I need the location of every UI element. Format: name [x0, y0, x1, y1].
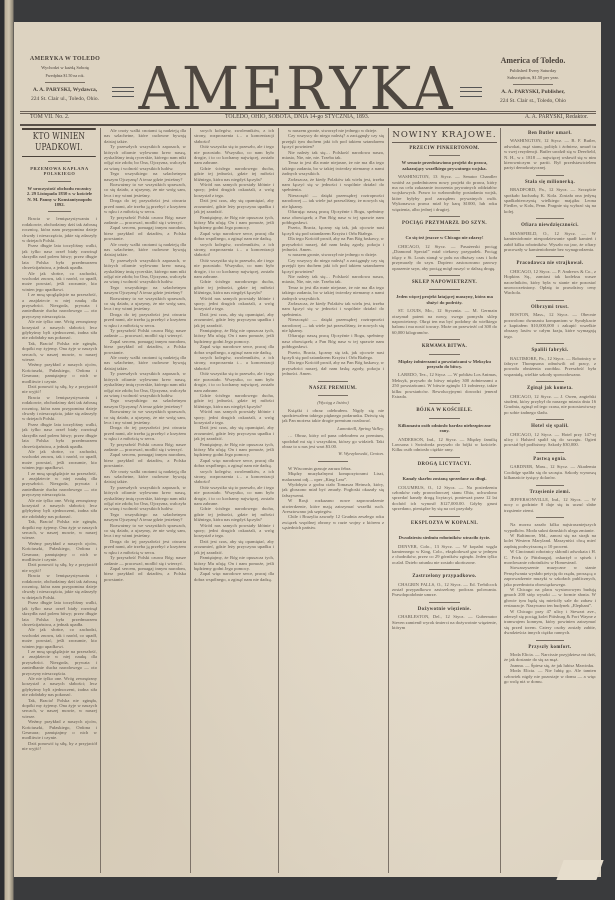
title-ornament-left [112, 87, 134, 97]
main-article-body: Bracia w lemięszystywaniu i rodakowie, o… [22, 216, 97, 751]
paragraph: Wśród nas samych powstały kłótnie i spor… [194, 182, 274, 198]
news-item-title: SKLEP NAPOWIETRZNY. [392, 280, 497, 285]
divider [536, 452, 564, 453]
paragraph: Wśród nas samych powstały kłótnie i spor… [194, 523, 274, 539]
paragraph: Przeto, Bracia, łączmy się tak, jak ojco… [282, 350, 384, 361]
divider [429, 457, 461, 458]
news-item-deck: Kanały skarbu zostaną sprzedane za długi… [396, 476, 493, 481]
divider [536, 640, 564, 641]
news-item-body: COLUMBUS, O., 12 Stycz. — Na posiedzeniu… [392, 485, 497, 512]
paragraph: Zapal więc narodowe serce, pracuj dla do… [194, 231, 274, 242]
paragraph: Ty przyszłość Polski czuwa Bóg; nasze za… [104, 215, 186, 226]
paragraph: Bracia w lemięszystywaniu i rodakowie, o… [22, 573, 97, 600]
column-divider [190, 128, 191, 873]
paragraph: swych kolegów, zwolenników, z ich strony… [194, 242, 274, 258]
paragraph: Przez długie lata toczyliśmy walki, jak … [22, 243, 97, 270]
main-article-body-continued: swych kolegów, zwolenników, z ich strony… [194, 128, 274, 582]
news-item-body: CHICAGO, 12 Stycz. — J. Owen, angielski … [504, 394, 596, 416]
main-article-headline: KTO WINIEN UPADKOWI. [22, 128, 96, 157]
paragraph: Dziś ponowić tę siłę, by z przyjaciół ni… [22, 741, 97, 752]
masthead-right-address: 224 St. Clair st., Toledo, Ohio [483, 98, 583, 104]
premium-letters: Książki i obraz odebrałem. Nigdy się nie… [282, 408, 384, 457]
news-item-title: Hotel się spalił. [504, 424, 596, 429]
paragraph: Ty przeszłych wszystkich zapasach, w któ… [104, 144, 186, 171]
paragraph: Gdzie ścisłego narodowego ducha, gdzie t… [194, 506, 274, 522]
news-item-title: Ben Butler umarł. [504, 131, 596, 136]
news-item-title: KRWAWA BITWA. [392, 344, 497, 349]
paragraph: Zapal sercem, pomagaj innym narodom, bie… [104, 339, 186, 355]
brief-item: Na morzu zaszło kilka najstraszniejszych… [504, 522, 596, 533]
masthead-left-box: AMERYKA W TOLEDO Wychodzi w każdą Sobotę… [20, 56, 110, 102]
news-item-title: Stała się milionerką. [504, 180, 596, 185]
paragraph: Ale jak słońce, co zachodzi, wschodzi zn… [22, 271, 97, 293]
paragraph: Tak, Bracia! Polska nie zginęła, dopóki … [22, 698, 97, 720]
divider [429, 275, 461, 276]
paragraph: Dla tego Kościół prosił, aby na Pan Bóg … [282, 236, 384, 252]
paragraph: Ty przyszłość Polski czuwa Bóg; nasze za… [104, 442, 186, 453]
humor-line: Moda Elicia. — Narcissie przyjdziesz mi … [504, 652, 596, 663]
divider [48, 181, 71, 182]
news-item-body: BALTIMORE, Pa., 12 Stycz. — Robotnicy w … [504, 356, 596, 378]
column-divider [100, 128, 101, 873]
paragraph: Ale jak słońce, co zachodzi, wschodzi zn… [22, 449, 97, 471]
brief-item: Stowarzyszenie muzyczne w stanie Pensylw… [504, 565, 596, 587]
brief-item: W Baltimore, Md., zanosi się na strajk n… [504, 533, 596, 549]
paragraph: Gdzie ścisłego narodowego ducha, gdzie t… [194, 166, 274, 182]
news-item-deck: Między żołnierzami a powstańcami w Meksy… [396, 359, 493, 370]
paragraph: Rozważmy to we wszystkich sprawach, co s… [104, 182, 186, 198]
section-headline-national-news: NOWINY KRAJOWE. [392, 128, 497, 143]
main-article-deck: W uroczystość obchodu rocznicy 2. 29 Lis… [26, 186, 93, 208]
paragraph: Ale cnoty walki cnotami tą nadzieją dla … [104, 242, 186, 258]
paragraph: Przez długie lata toczyliśmy walki, jak … [22, 422, 97, 449]
masthead-right-price: Subscription, $1.50 per year. [483, 75, 583, 80]
divider [429, 216, 461, 217]
paragraph: Tego wszystkiego na szlachetnym naszym O… [104, 512, 186, 523]
column-4: w naszem gronie, stworzył nie jednego w … [282, 128, 384, 873]
news-item-body: JEFFERSONVILLE, Ind., 12 Stycz. — W nocy… [504, 497, 596, 513]
premium-byline: (Wyciąg z listów) [282, 400, 384, 405]
paragraph: Czy wszyscy do niego należą? a zaciągnęł… [282, 133, 384, 149]
paragraph: Nie należy tak się… Polskość narodowa na… [282, 150, 384, 161]
news-item-deck: Kilkunastu osób odniosło bardzo niebezpi… [396, 423, 493, 434]
editor-credit: A. A. PARYSKI, Redaktor. [525, 114, 588, 120]
letter-signature: W. Wyrzykowski, Groton. [282, 451, 384, 456]
paragraph: Nie należy tak się… Polskość narodowa na… [282, 274, 384, 285]
news-item-title: Dożywotnie więzienie. [392, 607, 497, 612]
paragraph: Ty przeszłych wszystkich zapasach, w któ… [104, 258, 186, 285]
news-item-title: Pracodawca nie strajkował. [504, 261, 596, 266]
paragraph: I ze mną spoglądajcie na przeszłość, a z… [22, 471, 97, 498]
masthead-right-schedule: Published Every Saturday [483, 68, 583, 73]
news-item-body: CHICAGO, 12 Stycz. — P. Andrews & Co., z… [504, 269, 596, 296]
paragraph: Weźmy przykład z naszych ojców, Kościusz… [22, 541, 97, 563]
divider [429, 230, 461, 231]
paragraph: Teraz to jest dla mnie niejasne, że nie … [282, 160, 384, 176]
paragraph: Dziś jest czas, aby się opamiętać, aby z… [194, 312, 274, 328]
letter-paragraph: Książki i obraz odebrałem. Nigdy się nie… [282, 408, 384, 424]
column-divider [278, 128, 279, 873]
dateline-rule [20, 124, 596, 126]
paragraph: Wydobyto z grobu ciało Tomasza Heinsch, … [282, 482, 384, 498]
news-item-body: DENVER, Colo., 13 Stycz. — W kopalni węg… [392, 544, 497, 566]
divider [45, 82, 85, 83]
divider [429, 155, 461, 156]
letter-signature: Lamotteill, Spring Valley. [282, 426, 384, 431]
paragraph: Droga do tej przyszłości jest otwarta pr… [104, 198, 186, 214]
paragraph: Przez długie lata toczyliśmy walki, jak … [22, 600, 97, 627]
news-item-deck: Co się też jeszcze w Chicago nie zdarzy! [396, 235, 493, 240]
main-article-conclusion: w naszem gronie, stworzył nie jednego w … [282, 128, 384, 377]
paragraph: Droga do tej przyszłości jest otwarta pr… [104, 539, 186, 555]
divider [536, 517, 564, 518]
paragraph: Pamiętajmy, że Bóg nie opuszcza tych, kt… [194, 328, 274, 344]
divider [48, 211, 71, 212]
news-item-body: WASHINGTON, 13 Stycz. — Senator Chandler… [392, 174, 497, 212]
paragraph: Dla tego Kościół prosił, aby na Pan Bóg … [282, 360, 384, 376]
news-item-title: POCIĄG PRZYMARZŁ DO SZYN. [392, 221, 497, 226]
news-item-title: Zastrzelony przypadkowo. [392, 574, 497, 579]
paragraph: Nieszczęść — dzięki przemądrej roztropno… [282, 193, 384, 209]
masthead-left-address: 224 St. Clair ul., Toledo, Ohio. [20, 96, 110, 102]
divider [429, 403, 461, 404]
paragraph: Weźmy przykład z naszych ojców, Kościusz… [22, 362, 97, 384]
divider [536, 175, 564, 176]
divider [429, 471, 461, 472]
divider [536, 256, 564, 257]
news-item-body: MANSFIELD, O., 12 Stycz. — W kamieniołom… [504, 231, 596, 253]
paragraph: Teraz to jest dla mnie niejasne, że nie … [282, 285, 384, 301]
divider [536, 218, 564, 219]
paragraph: Droga do tej przyszłości jest otwarta pr… [104, 312, 186, 328]
brief-item: W Cincinnati robotnicy skłonili adwokata… [504, 549, 596, 565]
divider [513, 84, 553, 85]
news-item-title: Ofiara niewdzięczności. [504, 223, 596, 228]
paragraph: Ale cnoty walki cnotami tą nadzieją dla … [104, 355, 186, 371]
news-item-body: WASHINGTON, 12 Stycz. — B. F. Butler, ad… [504, 138, 596, 170]
issue-date: TOLEDO, OHIO, SOBOTA, DNIA 14-go STYCZNI… [225, 114, 369, 120]
paragraph: Ty przeszłych wszystkich zapasach, w któ… [104, 371, 186, 398]
paragraph: Ale cnoty walki cnotami tą nadzieją dla … [104, 469, 186, 485]
paragraph: Chile i Brazylia zawarły 12 Grudnia zesz… [282, 514, 384, 530]
paragraph: Dziś jest czas, aby się opamiętać, aby z… [194, 425, 274, 441]
paragraph: W Rosji rozkazano nowe zaprowadzenie utw… [282, 498, 384, 514]
paragraph: w naszem gronie, stworzył nie jednego w … [282, 252, 384, 257]
divider [429, 516, 461, 517]
paragraph: Tego wszystkiego na szlachetnym naszym O… [104, 398, 186, 409]
humor-title: Przyszły komfort. [504, 645, 596, 650]
paragraph: Otóż wszystko się to przeszło, ale i teg… [194, 485, 274, 507]
paragraph: Zapal więc narodowe serce, pracuj dla do… [194, 458, 274, 469]
paragraph: Bracia w lemięszystywaniu i rodakowie, o… [22, 395, 97, 422]
divider [429, 354, 461, 355]
paragraph: Ty przeszłych wszystkich zapasach, w któ… [104, 485, 186, 512]
news-item-body: CHICAGO, 12 Stycz. — Hotel przy 147-ej u… [504, 432, 596, 448]
volume-number: TOM VII. No. 2. [30, 114, 69, 120]
paragraph: Między muzykalnymi kompozytorami Liszt, … [282, 471, 384, 482]
column-divider [388, 128, 389, 873]
news-item-title: Zginął jak kometa. [504, 386, 596, 391]
paragraph: Zapal sercem, pomagaj innym narodom, bie… [104, 225, 186, 241]
column-2: Ale cnoty walki cnotami tą nadzieją dla … [104, 128, 186, 873]
paragraph: Dziś jest czas, aby się opamiętać, aby z… [194, 539, 274, 555]
masthead-right-box: America of Toledo. Published Every Satur… [483, 56, 583, 104]
paragraph: Weźmy przykład z naszych ojców, Kościusz… [22, 719, 97, 741]
paragraph: Ty przyszłość Polski czuwa Bóg; nasze za… [104, 555, 186, 566]
paragraph: Gdzie ścisłego narodowego ducha, gdzie t… [194, 393, 274, 409]
main-article-subheadline: PRZEMOWA KAPŁANA POLSKIEGO [22, 166, 97, 177]
news-item-deck: W senacie przedstawiono projekt do prawa… [396, 160, 493, 171]
paragraph: Rozważmy to we wszystkich sprawach, co s… [104, 296, 186, 312]
divider [536, 343, 564, 344]
paragraph: Tak, Bracia! Polska nie zginęła, dopóki … [22, 341, 97, 363]
paragraph: Wśród nas samych powstały kłótnie i spor… [194, 296, 274, 312]
paragraph: Dziś ponowić tę siłę, by z przyjaciół ni… [22, 384, 97, 395]
paragraph: Wśród nas samych powstały kłótnie i spor… [194, 409, 274, 425]
paragraph: Dziś jest czas, aby się opamiętać, aby z… [194, 198, 274, 214]
paragraph: Zwłaszcza, że kiedy Polaków tak wielu je… [282, 177, 384, 193]
divider [536, 300, 564, 301]
paragraph: Zapal więc narodowe serce, pracuj dla do… [194, 571, 274, 582]
paragraph: Pamiętajmy, że Bóg nie opuszcza tych, kt… [194, 215, 274, 231]
main-article-body-continued: Ale cnoty walki cnotami tą nadzieją dla … [104, 128, 186, 582]
paragraph: Ale nie tylko one. Wróg zewnętrzny korzy… [22, 498, 97, 520]
news-item-title: DROGĄ LICYTACYI. [392, 462, 497, 467]
paragraph: Tego wszystkiego na szlachetnym naszym O… [104, 285, 186, 296]
paragraph: Rozważmy to we wszystkich sprawach, co s… [104, 409, 186, 425]
news-item-title: PRZECIW PINKERTONOM. [392, 146, 497, 151]
news-item-body: ST. LOUIS, Mo., 12 Stycznia. — M. Germai… [392, 308, 497, 335]
paragraph: Zapal więc narodowe serce, pracuj dla do… [194, 344, 274, 355]
paragraph: swych kolegów, zwolenników, z ich strony… [194, 355, 274, 371]
divider [429, 289, 461, 290]
paragraph: Pamiętajmy, że Bóg nie opuszcza tych, kt… [194, 442, 274, 458]
column-1: KTO WINIEN UPADKOWI. PRZEMOWA KAPŁANA PO… [22, 128, 97, 873]
paragraph: Przeto, Bracia, łączmy się tak, jak ojco… [282, 225, 384, 236]
column-divider [500, 128, 501, 873]
letter-paragraph: … Obraz, który od pana odebrałem za prem… [282, 433, 384, 449]
paragraph: Bracia w lemięszystywaniu i rodakowie, o… [22, 216, 97, 243]
news-item-title: Trzęsienie ziemi. [504, 490, 596, 495]
masthead-left-schedule: Wychodzi w każdą Sobotę [20, 65, 110, 70]
humor-line: Moda Elicia. — Nie lubię go. Ale tamten … [504, 668, 596, 684]
column-3: swych kolegów, zwolenników, z ich strony… [194, 128, 274, 873]
divider [318, 461, 349, 462]
news-item-title: Olbrzymi trust. [504, 305, 596, 310]
paragraph: Tak, Bracia! Polska nie zginęła, dopóki … [22, 519, 97, 541]
masthead-right-name: America of Toledo. [483, 56, 583, 65]
paragraph: Ale jak słońce, co zachodzi, wschodzi zn… [22, 627, 97, 649]
national-news-list: PRZECIW PINKERTONOM.W senacie przedstawi… [392, 146, 497, 630]
dateline: TOM VII. No. 2. TOLEDO, OHIO, SOBOTA, DN… [20, 114, 596, 124]
divider [429, 339, 461, 340]
news-item-body: GARDNER, Mass., 12 Stycz. — Akademia Coo… [504, 464, 596, 480]
paragraph: Nieszczęść — dzięki przemądrej roztropno… [282, 317, 384, 333]
column-6: Ben Butler umarł.WASHINGTON, 12 Stycz. —… [504, 128, 596, 873]
news-item-deck: Jeden więcej projekt latającej maszyny, … [396, 294, 493, 305]
column-5: NOWINY KRAJOWE. PRZECIW PINKERTONOM.W se… [392, 128, 497, 873]
brief-item: W Chicago na placu wystawowym budują gma… [504, 587, 596, 609]
paragraph: Ale nie tylko one. Wróg zewnętrzny korzy… [22, 319, 97, 341]
paragraph: Zapal sercem, pomagaj innym narodom, bie… [104, 452, 186, 468]
paragraph: Czy wszyscy do niego należą? a zaciągnęł… [282, 258, 384, 274]
paragraph: Ofiarując naszą pracę Ojczyźnie i Bogu, … [282, 333, 384, 349]
divider [48, 161, 71, 162]
news-item-body: LAREDO, Tex., 12 Stycz. — W pobliżu Los … [392, 372, 497, 399]
divider [429, 602, 461, 603]
title-ornament-right [460, 87, 482, 97]
divider [536, 485, 564, 486]
paragraph: Ale nie tylko one. Wróg zewnętrzny korzy… [22, 676, 97, 698]
news-item-body: CHAGRIN FALLS, O., 12 Stycz. — Ed. Trebi… [392, 582, 497, 598]
divider [429, 530, 461, 531]
divider [429, 418, 461, 419]
paragraph: Pamiętajmy, że Bóg nie opuszcza tych, kt… [194, 555, 274, 571]
paragraph: Dziś ponowić tę siłę, by z przyjaciół ni… [22, 562, 97, 573]
paragraph: Rozważmy to we wszystkich sprawach, co s… [104, 523, 186, 539]
binding-edge [0, 0, 14, 900]
divider [318, 395, 349, 396]
news-item-body: CHARLESTON, Del., 12 Stycz. — Gubernator… [392, 614, 497, 630]
paragraph: Otóż wszystko się to przeszło, ale i teg… [194, 144, 274, 166]
brief-notes: W Wisconsin grasuje zaraza febra.Między … [282, 466, 384, 531]
paragraph: Ale cnoty walki cnotami tą nadzieją dla … [104, 128, 186, 144]
paragraph: Zwłaszcza, że kiedy Polaków tak wielu je… [282, 301, 384, 317]
news-item-title: EKSPLOZYA W KOPALNI. [392, 521, 497, 526]
news-item-body: CHICAGO, 12 Stycz. — Pasażerski pociąg „… [392, 244, 497, 271]
paragraph: I ze mną spoglądajcie na przeszłość, a z… [22, 292, 97, 319]
paragraph: Ofiarując naszą pracę Ojczyźnie i Bogu, … [282, 209, 384, 225]
brief-item: W Chicago przy 47 ulicy i Stewart ave., … [504, 609, 596, 636]
news-briefs-list: Ben Butler umarł.WASHINGTON, 12 Stycz. —… [504, 131, 596, 685]
divider [536, 381, 564, 382]
news-item-body: ANDERSON, Ind., 12 Stycz. — Między famil… [392, 437, 497, 453]
paragraph: Ty przyszłość Polski czuwa Bóg; nasze za… [104, 328, 186, 339]
divider [318, 381, 349, 382]
news-item-body: BRADFORD, Pa., 12 Stycz. — Szczęście spo… [504, 187, 596, 214]
divider [429, 569, 461, 570]
paragraph: I ze mną spoglądajcie na przeszłość, a z… [22, 649, 97, 676]
news-item-title: Spalili fabryki. [504, 348, 596, 353]
paragraph: Gdzie ścisłego narodowego ducha, gdzie t… [194, 279, 274, 295]
paragraph: swych kolegów, zwolenników, z ich strony… [194, 469, 274, 485]
paragraph: Otóż wszystko się to przeszło, ale i teg… [194, 258, 274, 280]
paragraph: Tego wszystkiego na szlachetnym naszym O… [104, 171, 186, 182]
paragraph: Zapal sercem, pomagaj innym narodom, bie… [104, 566, 186, 582]
news-item-title: Pastwą ognia. [504, 457, 596, 462]
masthead-right-publisher: A. A. PARYSKI, Publisher, [483, 89, 583, 95]
masthead-left-publisher: A. A. PARYSKI, Wydawca, [20, 87, 110, 93]
masthead-left-price: Przedpłata $1.50 na rok. [20, 73, 110, 78]
paragraph: Otóż wszystko się to przeszło, ale i teg… [194, 371, 274, 393]
news-item-body: BOSTON, Mass., 12 Stycz. — Obecnie pozwo… [504, 312, 596, 339]
paragraph: Droga do tej przyszłości jest otwarta pr… [104, 425, 186, 441]
masthead-left-name: AMERYKA W TOLEDO [20, 56, 110, 62]
premium-headline: NASZE PREMIUM. [282, 386, 384, 391]
news-item-deck: Dwudziestu siedmiu robotników utraciło ż… [396, 535, 493, 540]
news-item-title: BÓJKA W KOŚCIELE. [392, 408, 497, 413]
divider [536, 419, 564, 420]
paragraph: swych kolegów, zwolenników, z ich strony… [194, 128, 274, 144]
